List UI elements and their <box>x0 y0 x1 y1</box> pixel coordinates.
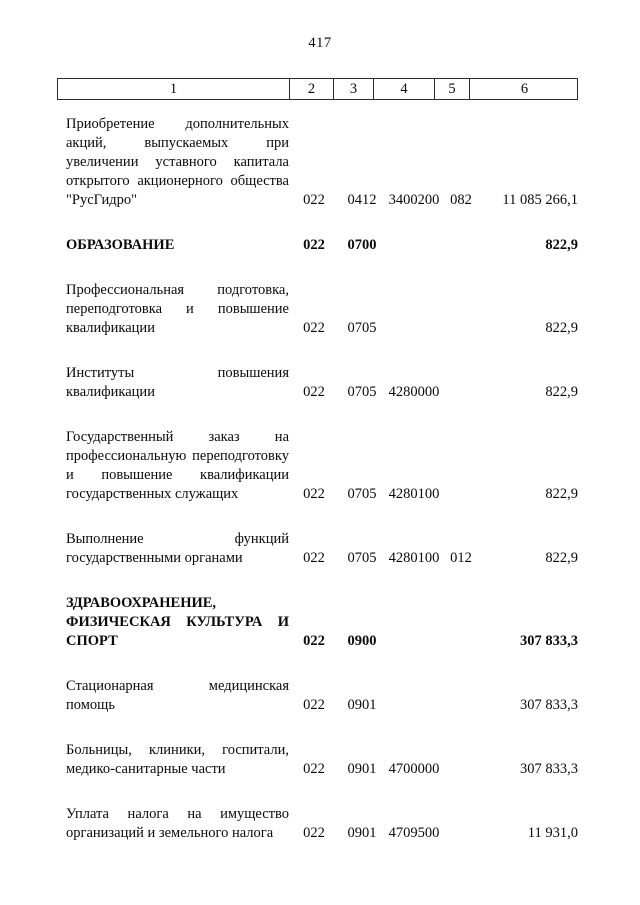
cell-amount: 307 833,3 <box>479 760 578 779</box>
table-row: Выполнение функций государственными орга… <box>57 530 578 568</box>
table-row: Стационарная медицинская помощь022090130… <box>57 677 578 715</box>
cell-section-code: 0900 <box>339 632 385 651</box>
cell-amount: 822,9 <box>479 236 578 255</box>
cell-name: Приобретение дополнительных акций, выпус… <box>57 115 289 210</box>
cell-amount: 822,9 <box>479 383 578 402</box>
cell-amount: 11 085 266,1 <box>479 191 578 210</box>
cell-section-code: 0705 <box>339 549 385 568</box>
cell-chapter-code: 022 <box>289 383 339 402</box>
cell-section-code: 0901 <box>339 696 385 715</box>
table-header-cell-3: 3 <box>333 79 373 99</box>
cell-section-code: 0705 <box>339 319 385 338</box>
cell-chapter-code: 022 <box>289 191 339 210</box>
cell-chapter-code: 022 <box>289 824 339 843</box>
cell-chapter-code: 022 <box>289 760 339 779</box>
cell-chapter-code: 022 <box>289 319 339 338</box>
table-header-cell-2: 2 <box>289 79 333 99</box>
cell-section-code: 0705 <box>339 485 385 504</box>
cell-chapter-code: 022 <box>289 485 339 504</box>
table-header-cell-5: 5 <box>434 79 469 99</box>
cell-name: Уплата налога на имущество организаций и… <box>57 805 289 843</box>
cell-amount: 307 833,3 <box>479 632 578 651</box>
cell-name: Институты повышения квалификации <box>57 364 289 402</box>
table-row: ЗДРАВООХРАНЕНИЕ, ФИЗИЧЕСКАЯ КУЛЬТУРА И С… <box>57 594 578 651</box>
cell-target-article: 4280100 <box>385 549 443 568</box>
table-header-cell-1: 1 <box>58 79 289 99</box>
cell-name: ЗДРАВООХРАНЕНИЕ, ФИЗИЧЕСКАЯ КУЛЬТУРА И С… <box>57 594 289 651</box>
table-rows: Приобретение дополнительных акций, выпус… <box>0 115 640 843</box>
cell-chapter-code: 022 <box>289 632 339 651</box>
table-row: Приобретение дополнительных акций, выпус… <box>57 115 578 210</box>
cell-amount: 822,9 <box>479 319 578 338</box>
cell-target-article: 4709500 <box>385 824 443 843</box>
table-row: Институты повышения квалификации02207054… <box>57 364 578 402</box>
cell-target-article: 4280000 <box>385 383 443 402</box>
cell-section-code: 0705 <box>339 383 385 402</box>
page-number: 417 <box>0 34 640 53</box>
cell-target-article: 4280100 <box>385 485 443 504</box>
table-row: Уплата налога на имущество организаций и… <box>57 805 578 843</box>
cell-section-code: 0901 <box>339 760 385 779</box>
cell-chapter-code: 022 <box>289 549 339 568</box>
cell-target-article: 4700000 <box>385 760 443 779</box>
cell-target-article: 3400200 <box>385 191 443 210</box>
table-header-row: 1 2 3 4 5 6 <box>57 78 578 100</box>
cell-chapter-code: 022 <box>289 696 339 715</box>
table-header-cell-6: 6 <box>469 79 579 99</box>
cell-amount: 307 833,3 <box>479 696 578 715</box>
cell-expense-type: 012 <box>443 549 479 568</box>
table-row: Государственный заказ на профессиональну… <box>57 428 578 504</box>
cell-name: Больницы, клиники, госпитали, медико-сан… <box>57 741 289 779</box>
cell-section-code: 0700 <box>339 236 385 255</box>
cell-name: Государственный заказ на профессиональну… <box>57 428 289 504</box>
cell-section-code: 0901 <box>339 824 385 843</box>
cell-chapter-code: 022 <box>289 236 339 255</box>
table-header-cell-4: 4 <box>373 79 434 99</box>
cell-amount: 11 931,0 <box>479 824 578 843</box>
table-row: Больницы, клиники, госпитали, медико-сан… <box>57 741 578 779</box>
cell-name: Профессиональная подготовка, переподгото… <box>57 281 289 338</box>
cell-amount: 822,9 <box>479 485 578 504</box>
cell-name: ОБРАЗОВАНИЕ <box>57 236 289 255</box>
table-row: Профессиональная подготовка, переподгото… <box>57 281 578 338</box>
cell-section-code: 0412 <box>339 191 385 210</box>
table-row: ОБРАЗОВАНИЕ0220700822,9 <box>57 236 578 255</box>
document-page: 417 1 2 3 4 5 6 Приобретение дополнитель… <box>0 0 640 905</box>
cell-amount: 822,9 <box>479 549 578 568</box>
cell-name: Выполнение функций государственными орга… <box>57 530 289 568</box>
cell-expense-type: 082 <box>443 191 479 210</box>
cell-name: Стационарная медицинская помощь <box>57 677 289 715</box>
